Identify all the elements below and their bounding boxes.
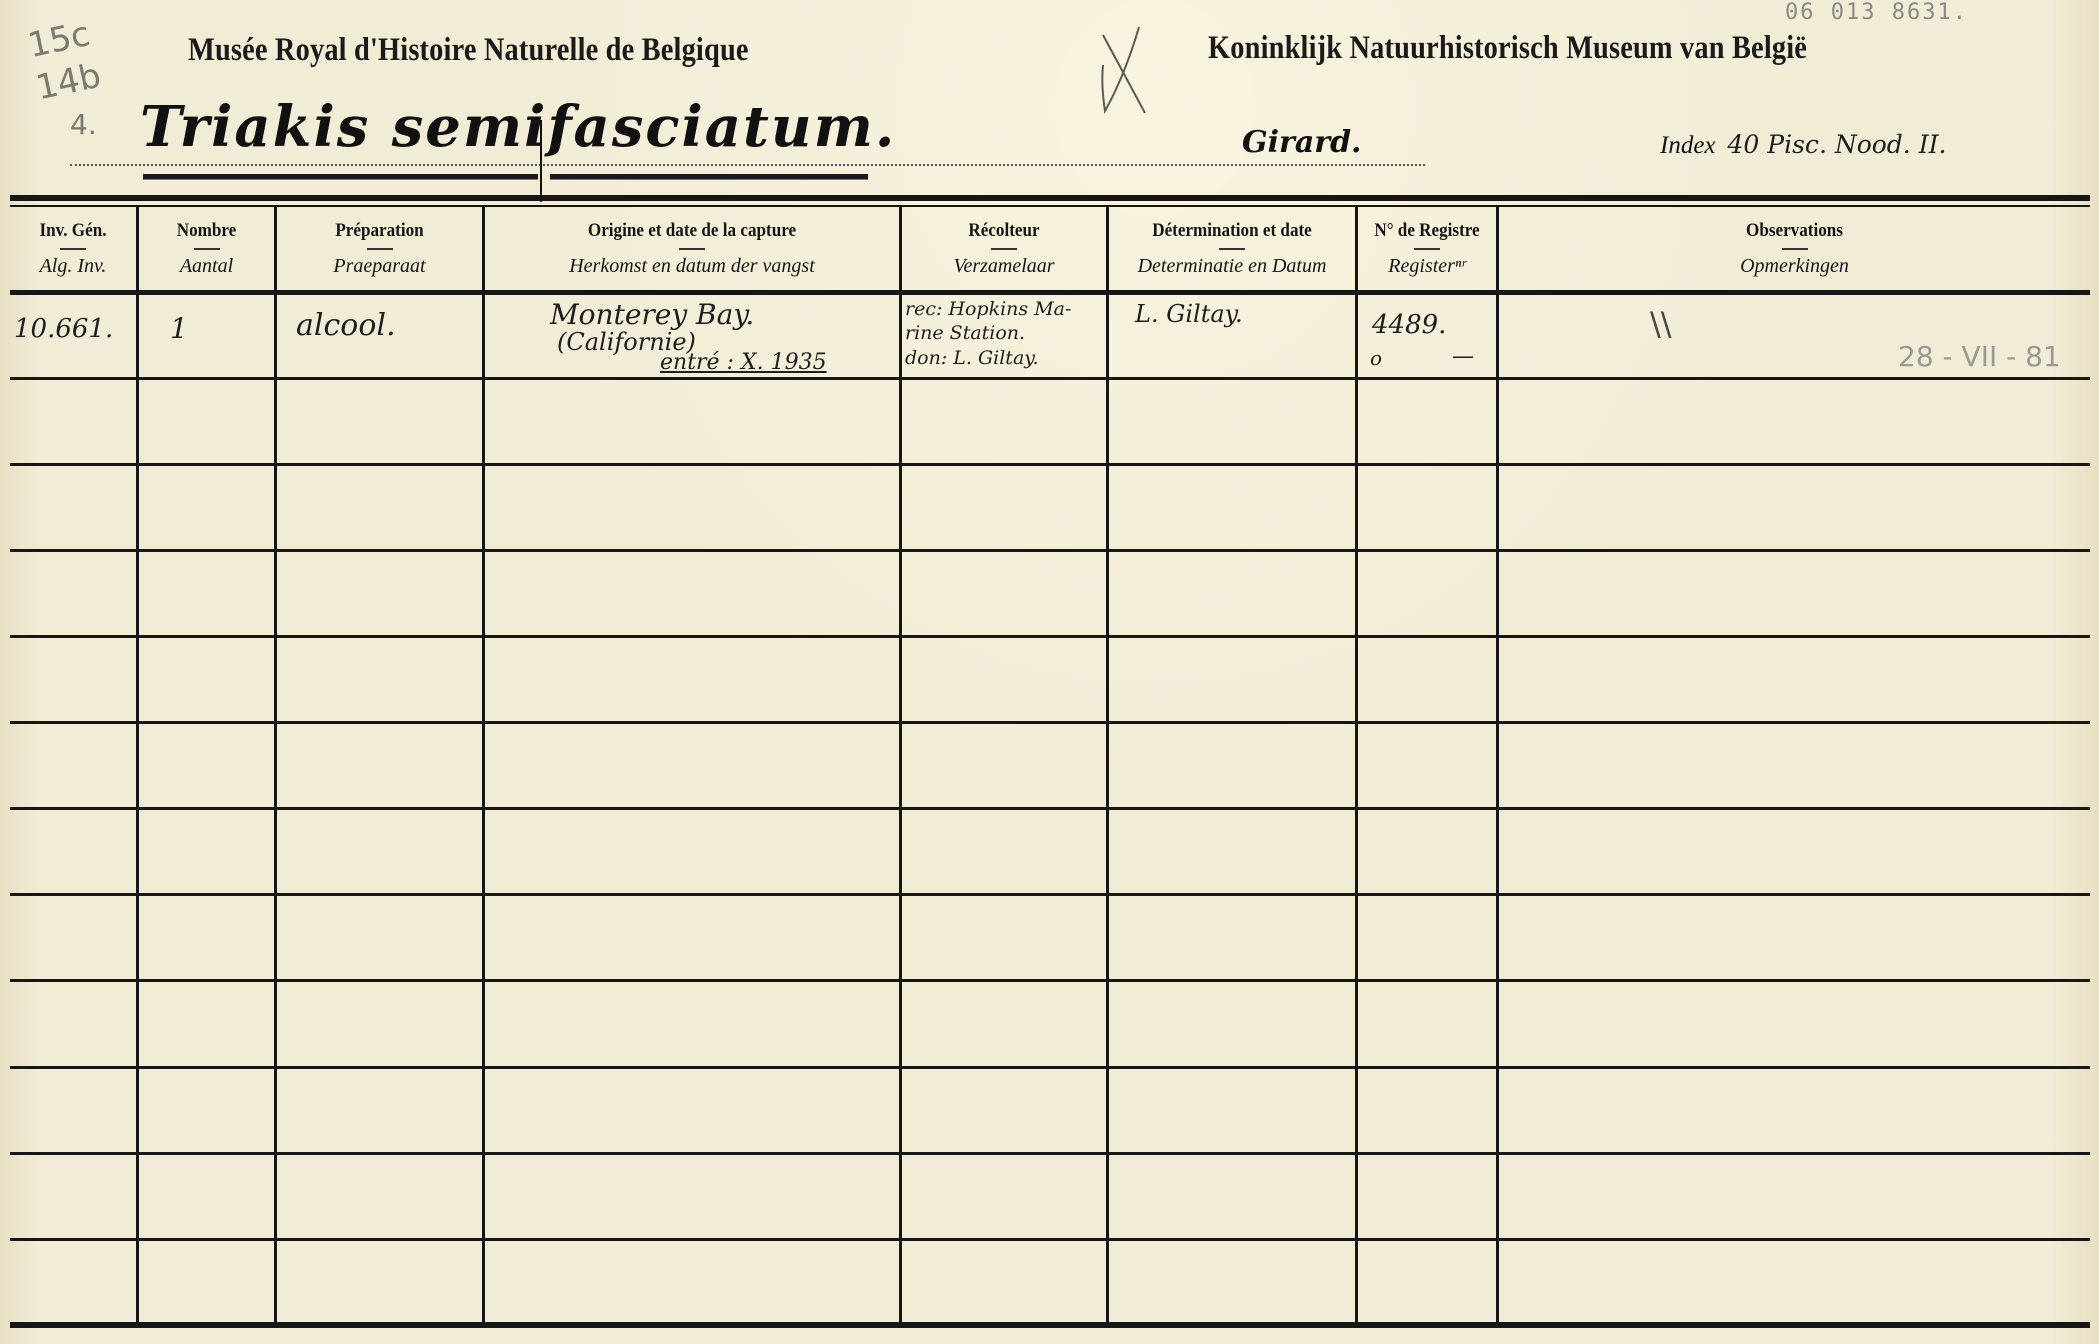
table-top-thin-rule: [10, 205, 2090, 207]
cell-recolteur-2: rine Station.: [905, 322, 1025, 344]
column-header-nombre: Nombre Aantal: [139, 210, 274, 290]
species-stem: [540, 120, 542, 202]
header-bottom-rule: [10, 290, 2090, 295]
index-field: Index 40 Pisc. Nood. II.: [1660, 130, 1946, 160]
column-header-registre: N° de Registre Registerⁿʳ: [1358, 210, 1496, 290]
col-divider-3: [482, 207, 485, 1324]
col-divider-7: [1496, 207, 1499, 1324]
species-dotted-line: [70, 164, 1425, 166]
header-dash: [1414, 248, 1440, 250]
row-line-6: [10, 807, 2090, 810]
column-header-preparation: Préparation Praeparaat: [277, 210, 482, 290]
cell-registre-mark-2: —: [1452, 344, 1474, 369]
row-line-4: [10, 635, 2090, 638]
header-dash: [991, 248, 1017, 250]
column-header-determination: Détermination et date Determinatie en Da…: [1109, 210, 1355, 290]
column-header-fr: Détermination et date: [1121, 220, 1342, 242]
cell-determination: L. Giltay.: [1135, 300, 1243, 328]
cell-registre: 4489.: [1372, 310, 1446, 340]
column-header-nl: Alg. Inv.: [10, 255, 136, 278]
row-line-7: [10, 893, 2090, 896]
stamp-number: 06 013 8631.: [1785, 0, 1968, 25]
row-line-9: [10, 1066, 2090, 1069]
column-header-fr: Préparation: [287, 220, 472, 242]
species-underline: [143, 174, 538, 180]
cell-inv: 10.661.: [14, 314, 113, 344]
column-header-fr: Inv. Gén.: [16, 220, 129, 242]
cell-recolteur-1: rec: Hopkins Ma-: [905, 298, 1071, 320]
index-value: 40 Pisc. Nood. II.: [1728, 130, 1947, 159]
row-line-2: [10, 463, 2090, 466]
cell-origine-3: entré : X. 1935: [660, 350, 827, 375]
header-dash: [1219, 248, 1245, 250]
row-line-8: [10, 979, 2090, 982]
museum-title-fr: Musée Royal d'Histoire Naturelle de Belg…: [188, 32, 749, 69]
row-line-11: [10, 1238, 2090, 1241]
column-header-nl: Registerⁿʳ: [1358, 255, 1496, 278]
cell-recolteur-3: don: L. Giltay.: [905, 347, 1039, 369]
column-header-nl: Opmerkingen: [1499, 255, 2090, 278]
cell-preparation: alcool.: [296, 308, 396, 343]
col-divider-6: [1355, 207, 1358, 1324]
species-underline-2: [550, 174, 868, 180]
header-dash: [679, 248, 705, 250]
column-header-nl: Verzamelaar: [902, 255, 1106, 278]
column-header-inv: Inv. Gén. Alg. Inv.: [10, 210, 136, 290]
row-line-1: [10, 377, 2090, 380]
species-name: Triakis semifasciatum.: [140, 94, 896, 160]
museum-title-nl: Koninklijk Natuurhistorisch Museum van B…: [1208, 30, 1807, 67]
cell-origine-1: Monterey Bay.: [550, 298, 754, 331]
row-line-5: [10, 721, 2090, 724]
column-header-nl: Herkomst en datum der vangst: [485, 255, 899, 278]
col-divider-5: [1106, 207, 1109, 1324]
column-header-origine: Origine et date de la capture Herkomst e…: [485, 210, 899, 290]
column-header-fr: Nombre: [146, 220, 268, 242]
table-top-thick-rule: [10, 195, 2090, 201]
column-header-fr: N° de Registre: [1365, 220, 1489, 242]
column-header-recolteur: Récolteur Verzamelaar: [902, 210, 1106, 290]
column-header-fr: Récolteur: [912, 220, 1096, 242]
cell-observations-date: 28 - VII - 81: [1898, 340, 2061, 373]
cell-observations-mark: \\: [1650, 305, 1672, 343]
cell-registre-mark-1: o: [1370, 346, 1382, 370]
header-dash: [1782, 248, 1808, 250]
col-divider-1: [136, 207, 139, 1324]
author-name: Girard.: [1242, 125, 1362, 160]
index-label: Index: [1660, 132, 1716, 159]
header-dash: [60, 248, 86, 250]
column-header-nl: Praeparaat: [277, 255, 482, 278]
row-line-10: [10, 1152, 2090, 1155]
row-line-3: [10, 549, 2090, 552]
cross-mark-icon: [1095, 25, 1155, 120]
header-dash: [194, 248, 220, 250]
column-header-fr: Observations: [1529, 220, 2061, 242]
cell-nombre: 1: [170, 312, 188, 345]
col-divider-2: [274, 207, 277, 1324]
header-dash: [367, 248, 393, 250]
table-bottom-rule: [10, 1322, 2090, 1328]
margin-note-3: 4.: [70, 108, 97, 141]
column-header-nl: Determinatie en Datum: [1109, 255, 1355, 278]
col-divider-4: [899, 207, 902, 1324]
column-header-nl: Aantal: [139, 255, 274, 278]
column-header-fr: Origine et date de la capture: [506, 220, 879, 242]
column-header-observations: Observations Opmerkingen: [1499, 210, 2090, 290]
